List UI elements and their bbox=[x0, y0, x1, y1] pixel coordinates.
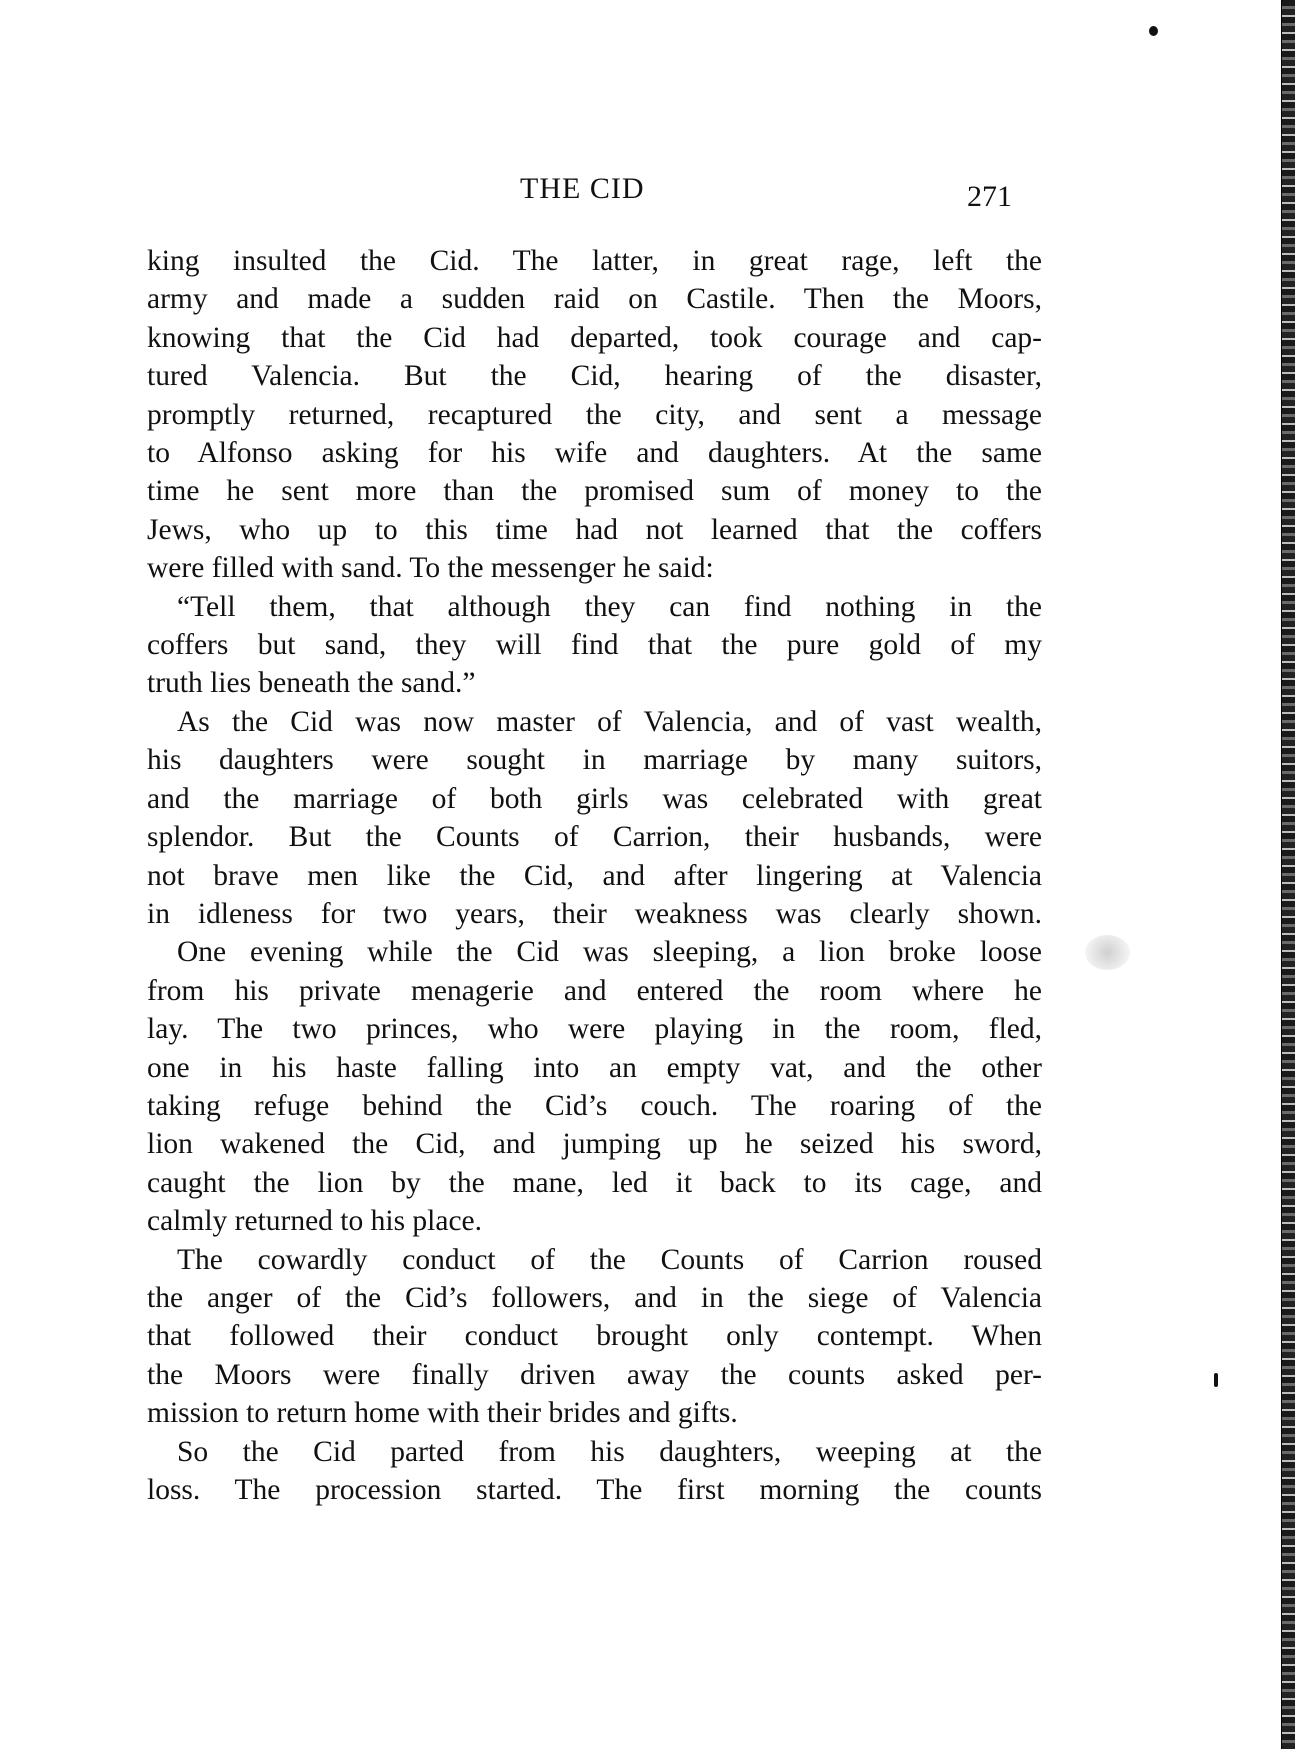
text-line: not brave men like the Cid, and after li… bbox=[147, 857, 1042, 895]
text-line: that followed their conduct brought only… bbox=[147, 1317, 1042, 1355]
text-line: to Alfonso asking for his wife and daugh… bbox=[147, 434, 1042, 472]
text-line: tured Valencia. But the Cid, hearing of … bbox=[147, 357, 1042, 395]
text-line: As the Cid was now master of Valencia, a… bbox=[147, 703, 1042, 741]
text-line: splendor. But the Counts of Carrion, the… bbox=[147, 818, 1042, 856]
text-line: lion wakened the Cid, and jumping up he … bbox=[147, 1125, 1042, 1163]
text-line: caught the lion by the mane, led it back… bbox=[147, 1164, 1042, 1202]
text-line: the Moors were finally driven away the c… bbox=[147, 1356, 1042, 1394]
text-line: army and made a sudden raid on Castile. … bbox=[147, 280, 1042, 318]
scanned-book-page: THE CID 271 king insulted the Cid. The l… bbox=[0, 0, 1295, 1749]
page-binding-edge bbox=[1281, 0, 1295, 1749]
text-line: the anger of the Cid’s followers, and in… bbox=[147, 1279, 1042, 1317]
running-title: THE CID bbox=[520, 172, 644, 206]
text-line: mission to return home with their brides… bbox=[147, 1394, 1042, 1432]
text-line: and the marriage of both girls was celeb… bbox=[147, 780, 1042, 818]
text-line: calmly returned to his place. bbox=[147, 1202, 1042, 1240]
text-line: his daughters were sought in marriage by… bbox=[147, 741, 1042, 779]
text-line: one in his haste falling into an empty v… bbox=[147, 1049, 1042, 1087]
text-line: knowing that the Cid had departed, took … bbox=[147, 319, 1042, 357]
page-number: 271 bbox=[967, 180, 1012, 214]
ink-speck bbox=[1149, 26, 1158, 36]
ink-speck bbox=[1214, 1373, 1218, 1387]
text-line: taking refuge behind the Cid’s couch. Th… bbox=[147, 1087, 1042, 1125]
text-line: The cowardly conduct of the Counts of Ca… bbox=[147, 1241, 1042, 1279]
text-line: from his private menagerie and entered t… bbox=[147, 972, 1042, 1010]
scan-smudge bbox=[1085, 935, 1130, 970]
text-line: One evening while the Cid was sleeping, … bbox=[147, 933, 1042, 971]
text-line: in idleness for two years, their weaknes… bbox=[147, 895, 1042, 933]
text-line: king insulted the Cid. The latter, in gr… bbox=[147, 242, 1042, 280]
text-line: Jews, who up to this time had not learne… bbox=[147, 511, 1042, 549]
text-line: time he sent more than the promised sum … bbox=[147, 472, 1042, 510]
text-line: loss. The procession started. The first … bbox=[147, 1471, 1042, 1509]
text-line: So the Cid parted from his daughters, we… bbox=[147, 1433, 1042, 1471]
text-line: promptly returned, recaptured the city, … bbox=[147, 396, 1042, 434]
text-line: coffers but sand, they will find that th… bbox=[147, 626, 1042, 664]
text-line: lay. The two princes, who were playing i… bbox=[147, 1010, 1042, 1048]
text-line: were filled with sand. To the messenger … bbox=[147, 549, 1042, 587]
text-line: truth lies beneath the sand.” bbox=[147, 664, 1042, 702]
body-text: king insulted the Cid. The latter, in gr… bbox=[147, 242, 1042, 1509]
text-line: “Tell them, that although they can find … bbox=[147, 588, 1042, 626]
